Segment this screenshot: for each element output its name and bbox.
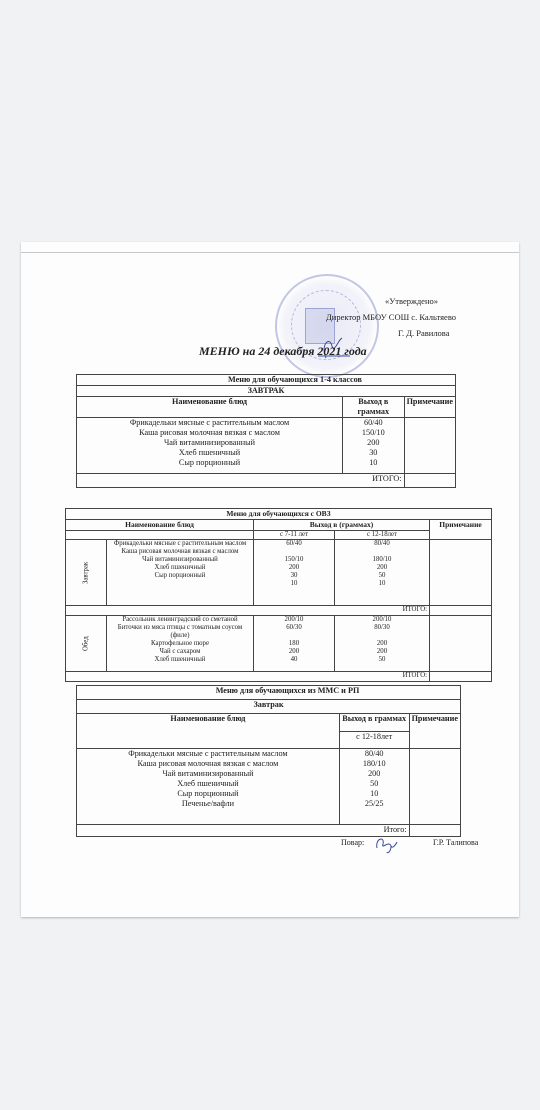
table2-lunch-v1: 200/10 60/30 180 200 40 xyxy=(254,616,335,672)
page-divider xyxy=(21,252,519,253)
page-title: МЕНЮ на 24 декабря 2021 года xyxy=(199,344,367,359)
table2-breakfast-v1: 60/40 150/10 200 30 10 xyxy=(254,540,335,606)
table3-caption: Меню для обучающихся из ММС и РП xyxy=(77,686,461,700)
cook-signature-icon xyxy=(373,834,401,854)
table2-lunch-names: Рассольник ленинградский со сметаной Бит… xyxy=(107,616,254,672)
table2-caption: Меню для обучающихся с ОВЗ xyxy=(66,509,492,520)
table2-lunch-v2: 200/10 80/30 200 200 50 xyxy=(335,616,430,672)
cook-name: Г.Р. Талипова xyxy=(433,838,478,847)
table3-meal: Завтрак xyxy=(77,700,461,714)
menu-table-ovz: Меню для обучающихся с ОВЗ Наименование … xyxy=(65,508,492,682)
table2-col-output: Выход в (граммах) xyxy=(254,520,430,531)
document-page: «Утверждено» Директор МБОУ СОШ с. Кальтя… xyxy=(21,242,519,917)
table2-lunch-total: ИТОГО: xyxy=(66,672,430,682)
approval-label: «Утверждено» xyxy=(385,296,438,306)
table1-caption: Меню для обучающихся 1-4 классов xyxy=(77,375,456,386)
table3-col-output: Выход в граммах xyxy=(339,714,409,732)
table3-col-note: Примечание xyxy=(409,714,460,749)
table1-values: 60/40 150/10 200 30 10 xyxy=(343,418,405,474)
table2-breakfast-names: Фрикадельки мясные с растительным маслом… xyxy=(107,540,254,606)
table1-names: Фрикадельки мясные с растительным маслом… xyxy=(77,418,343,474)
table2-breakfast-total: ИТОГО: xyxy=(66,606,430,616)
table2-breakfast-label: Завтрак xyxy=(66,540,107,606)
menu-table-grades-1-4: Меню для обучающихся 1-4 классов ЗАВТРАК… xyxy=(76,374,456,488)
table1-meal: ЗАВТРАК xyxy=(77,386,456,397)
approval-position: Директор МБОУ СОШ с. Кальтяево xyxy=(326,312,456,322)
table2-age1: с 7-11 лет xyxy=(254,531,335,540)
table1-col-note: Примечание xyxy=(404,397,455,418)
table3-age: с 12-18лет xyxy=(339,731,409,749)
cook-label: Повар: xyxy=(341,838,364,847)
table1-col-name: Наименование блюд xyxy=(77,397,343,418)
table3-col-name: Наименование блюд xyxy=(77,714,340,749)
stamp-seal xyxy=(275,274,379,378)
table2-lunch-label: Обед xyxy=(66,616,107,672)
table3-total: Итого: xyxy=(77,825,410,837)
table2-breakfast-v2: 80/40 180/10 200 50 10 xyxy=(335,540,430,606)
table3-values: 80/40 180/10 200 50 10 25/25 xyxy=(339,749,409,825)
table2-col-name: Наименование блюд xyxy=(66,520,254,531)
table1-col-output: Выход в граммах xyxy=(343,397,405,418)
table1-total: ИТОГО: xyxy=(77,474,405,488)
approval-name: Г. Д. Равилова xyxy=(398,328,449,338)
table3-names: Фрикадельки мясные с растительным маслом… xyxy=(77,749,340,825)
menu-table-mms-rp: Меню для обучающихся из ММС и РП Завтрак… xyxy=(76,685,461,837)
table2-col-note: Примечание xyxy=(430,520,492,540)
table2-age2: с 12-18лет xyxy=(335,531,430,540)
